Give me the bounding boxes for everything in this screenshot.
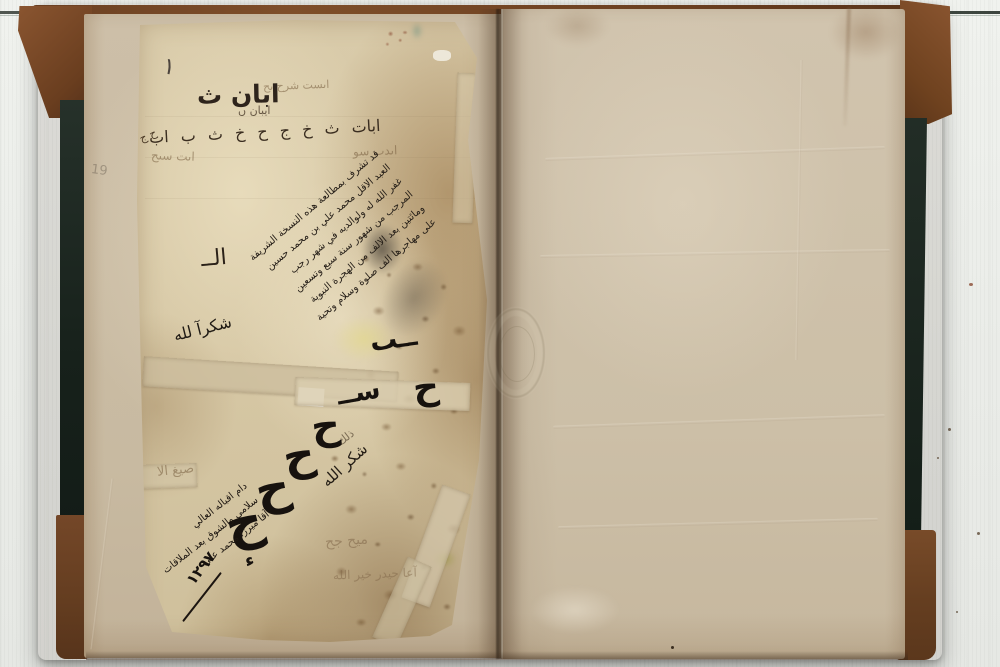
ink-blot [361,223,403,275]
foxing-speckle-right [350,243,480,443]
pen-trial-faint-line: اںت سٮح [151,149,195,163]
tape-repair-diagonal-2 [372,557,432,648]
note-line: العبد الاقل محمد علي بن محمد حسين [231,160,396,302]
note-line: المرجب من شهور سنة سبع وتسعين [253,187,418,329]
dhalika-faint: ذلك [335,428,356,447]
pen-trial-alphabet-line: ابات ث خ ج ح خ ث ب اب [149,118,381,146]
folio-number-mark: ١ [161,55,178,80]
pen-trial-headline-small: ايبان ں [238,105,270,116]
wood-speck [969,283,973,286]
note-line: قد تشرف بمطالعة هذه النسخة الشريفة [219,146,384,288]
wood-speck [948,428,951,431]
bold-practice-stroke-seen: ســ [335,376,382,409]
faint-scribble-1: ميح جح [325,533,369,550]
shukr-allah-diagonal: شكر الله [319,441,370,489]
bold-practice-stroke-top: ــٮ [368,323,418,356]
pen-trial-faint-right: اٮدٮ سو [353,144,398,158]
wood-speck [956,611,958,613]
faint-rule-lines [145,76,475,206]
note-line: على مهاجرها الف صلوة وسلام وتحية [276,214,441,356]
white-chip-under-tape [297,387,324,407]
pale-smudge-gutter-bottom [530,586,620,634]
date-inscription: ۱۲۹۷ [184,549,218,587]
yellow-stain [333,316,395,362]
cover-corner-leather-top-right [900,0,952,124]
green-spot [433,550,457,568]
signature-line: سلامي والشوق بعد الملاقات [151,493,263,586]
tape-repair-small-left [139,463,198,489]
white-chip [433,50,451,61]
red-ink-spots [381,26,413,52]
pen-trial-left-bits: ح ج [138,127,159,144]
ink-smear [367,246,461,349]
cover-cloth-left [60,100,87,528]
date-underline-swoosh [182,572,222,622]
ha-practice-1: ح [309,405,342,448]
signature-line: دام اقباله العالي [140,478,252,571]
stain-gutter-top [545,6,609,46]
flourish-mark: ء [244,551,256,570]
pen-trial-top-faint: اٮست شرح ىح [263,79,330,92]
teal-spot [411,22,423,40]
wood-speck [977,532,980,535]
pencil-folio-number: 19 [90,163,108,178]
ha-practice-2: ح [279,432,318,481]
shukran-note: شكرآ لله [172,314,233,344]
diagonal-ownership-note: قد تشرف بمطالعة هذه النسخة الشريفة العبد… [219,146,441,356]
book-bottom-edge-shadow [86,651,908,660]
signature-line: آقا ميرزا محمد علي [162,507,274,600]
ha-practice-4: ح [219,492,268,552]
bold-practice-stroke-ha: ح [411,369,440,407]
tape-repair-long [142,356,398,402]
water-stain-top-right [830,4,902,60]
old-manuscript-leaf: ١ اٮست شرح ىح ابان ث ايبان ں ابات ث خ ج … [135,18,491,644]
note-line: غفر الله له ولوالديه في شهر رجب [242,173,407,315]
big-alif-lam: الــ [200,247,228,271]
signature-note-block: دام اقباله العالي سلامي والشوق بعد الملا… [140,478,274,599]
blind-embossed-stamp-inner [499,326,535,382]
note-line: ومائتين بعد الالف من الهجرة النبوية [265,201,430,343]
tape-repair-right [295,377,471,411]
ink-dot [671,646,674,649]
sigha-faint: صيغ الا [156,462,194,479]
photo-scene: 19 ١ اٮست شرح ىح ابان ث ايبان ں ابات ث خ… [0,0,1000,667]
ha-practice-3: ح [250,461,294,515]
pen-trial-headline: ابان ث [197,81,280,107]
faint-scribble-2: آعا حيدر خير الله [333,567,417,582]
